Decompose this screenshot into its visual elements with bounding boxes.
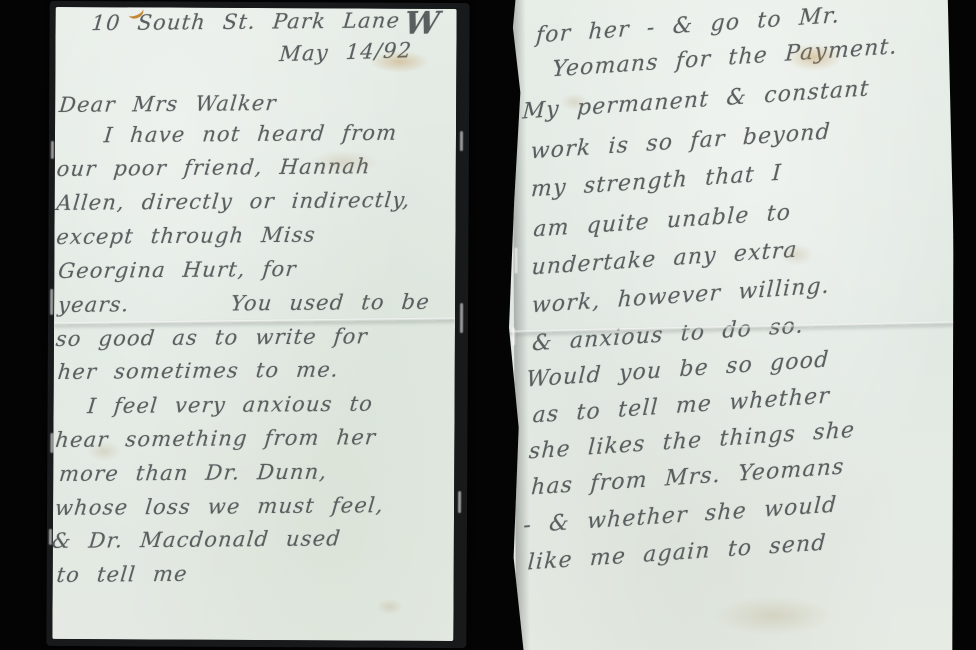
handwriting-line: am quite unable to [533, 200, 792, 242]
stain [786, 43, 842, 71]
stain [369, 51, 429, 73]
edge-scuff [512, 327, 515, 345]
edge-scuff [49, 529, 52, 545]
handwriting-line: I have not heard from [103, 121, 399, 148]
handwriting-line: I feel very anxious to [86, 392, 374, 419]
handwriting-line: work is so far beyond [530, 119, 832, 164]
handwriting-line: & anxious to do so. [531, 313, 804, 356]
handwriting-line: to tell me [56, 562, 189, 587]
stain [779, 243, 813, 265]
handwriting-line: work, however willing. [531, 273, 831, 318]
handwriting-line: except through Miss [55, 223, 317, 249]
edge-scuff [51, 141, 54, 159]
edge-scuff [458, 491, 461, 513]
handwriting-line: more than Dr. Dunn, [58, 460, 329, 486]
stain [714, 595, 834, 636]
letter-photograph: 10 South St. Park Lane W May 14/92 Dear … [0, 0, 976, 650]
edge-scuff [50, 433, 53, 453]
edge-scuff [460, 131, 463, 151]
edge-scuff [460, 303, 463, 333]
postal-district: W [403, 5, 442, 41]
stain [309, 150, 379, 174]
stain [376, 599, 402, 615]
handwriting-line: years. You used to be [57, 290, 431, 317]
salutation-line: Dear Mrs Walker [58, 91, 278, 117]
handwriting-line: undertake any extra [531, 238, 798, 281]
handwriting-line: & Dr. Macdonald used [51, 526, 343, 553]
edge-scuff [50, 289, 53, 315]
handwriting-line: my strength that I [530, 161, 782, 203]
handwriting-line: like me again to send [527, 530, 827, 575]
handwriting-line: so good as to write for [55, 324, 369, 351]
handwriting-line: - & whether she would [523, 493, 838, 539]
handwriting-line: whose loss we must feel, [54, 493, 385, 520]
edge-scuff [514, 247, 517, 273]
stain [560, 93, 588, 111]
handwriting-line: Georgina Hurt, for [57, 257, 298, 283]
handwriting-line: her sometimes to me. [57, 357, 340, 383]
handwriting-line: has from Mrs. Yeomans [530, 454, 845, 500]
handwriting-line: Allen, directly or indirectly, [55, 188, 411, 215]
letter-page-2: for her - & go to Mr. Yeomans for the Pa… [500, 0, 957, 650]
stain [87, 441, 121, 461]
letter-page-1: 10 South St. Park Lane W May 14/92 Dear … [46, 1, 469, 648]
